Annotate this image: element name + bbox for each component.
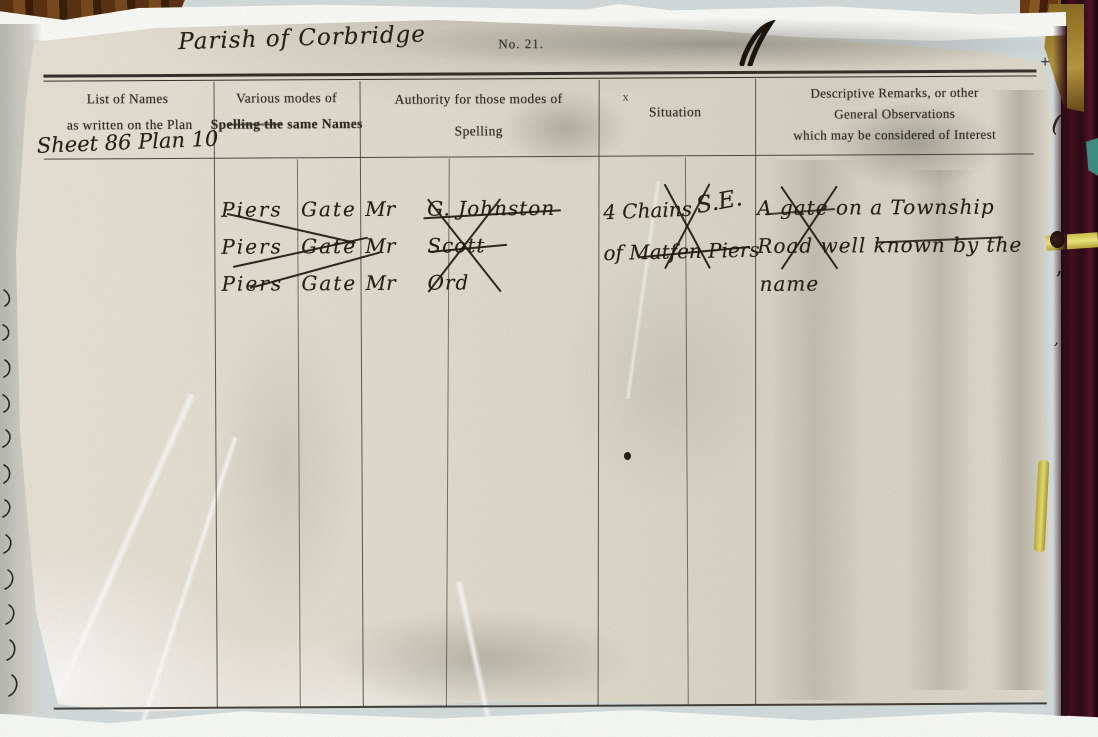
header-authority-line2: Spelling	[365, 123, 593, 140]
header-bottom-rule	[44, 153, 1034, 159]
column-rule	[359, 81, 363, 707]
page-bottom-rule	[54, 702, 1047, 709]
situation-direction: S.E.	[694, 185, 744, 219]
pencil-x-mark: x	[623, 90, 629, 105]
ink-flourish-mark	[736, 20, 776, 66]
binding-shadow-edge	[1053, 26, 1067, 716]
margin-cross-mark: +	[1040, 52, 1050, 72]
column-rule	[213, 82, 217, 708]
header-list-of-names-line1: List of Names	[44, 91, 212, 108]
underlying-page-writing-edge	[0, 280, 22, 710]
page-number: No. 21.	[498, 36, 544, 52]
parish-title-handwritten: Parish of Corbridge	[178, 21, 426, 55]
header-various-modes-line1: Various modes of	[215, 90, 359, 107]
remarks-line-1: A gate on a Township	[757, 195, 995, 220]
header-authority-line1: Authority for those modes of	[365, 91, 593, 108]
remarks-line-3: name	[759, 272, 819, 296]
header-remarks-line2: General Observations	[757, 105, 1033, 122]
authority-prefix-1: Mr	[365, 197, 395, 221]
authority-prefix-2: Mr	[365, 234, 395, 258]
authority-prefix-3: Mr	[365, 271, 395, 295]
smudge-over-spelling-word	[227, 123, 283, 125]
column-rule	[598, 80, 600, 706]
column-rule	[755, 79, 756, 705]
header-situation: Situation	[599, 104, 752, 121]
header-remarks-line3: which may be considered of Interest	[757, 126, 1033, 143]
header-remarks-line1: Descriptive Remarks, or other	[757, 84, 1033, 101]
scanned-name-book-page: Parish of Corbridge No. 21. List of Name…	[0, 0, 1098, 737]
spelling-entry-3: Piers Gate	[221, 271, 357, 296]
printed-form: Parish of Corbridge No. 21. List of Name…	[0, 0, 1098, 737]
